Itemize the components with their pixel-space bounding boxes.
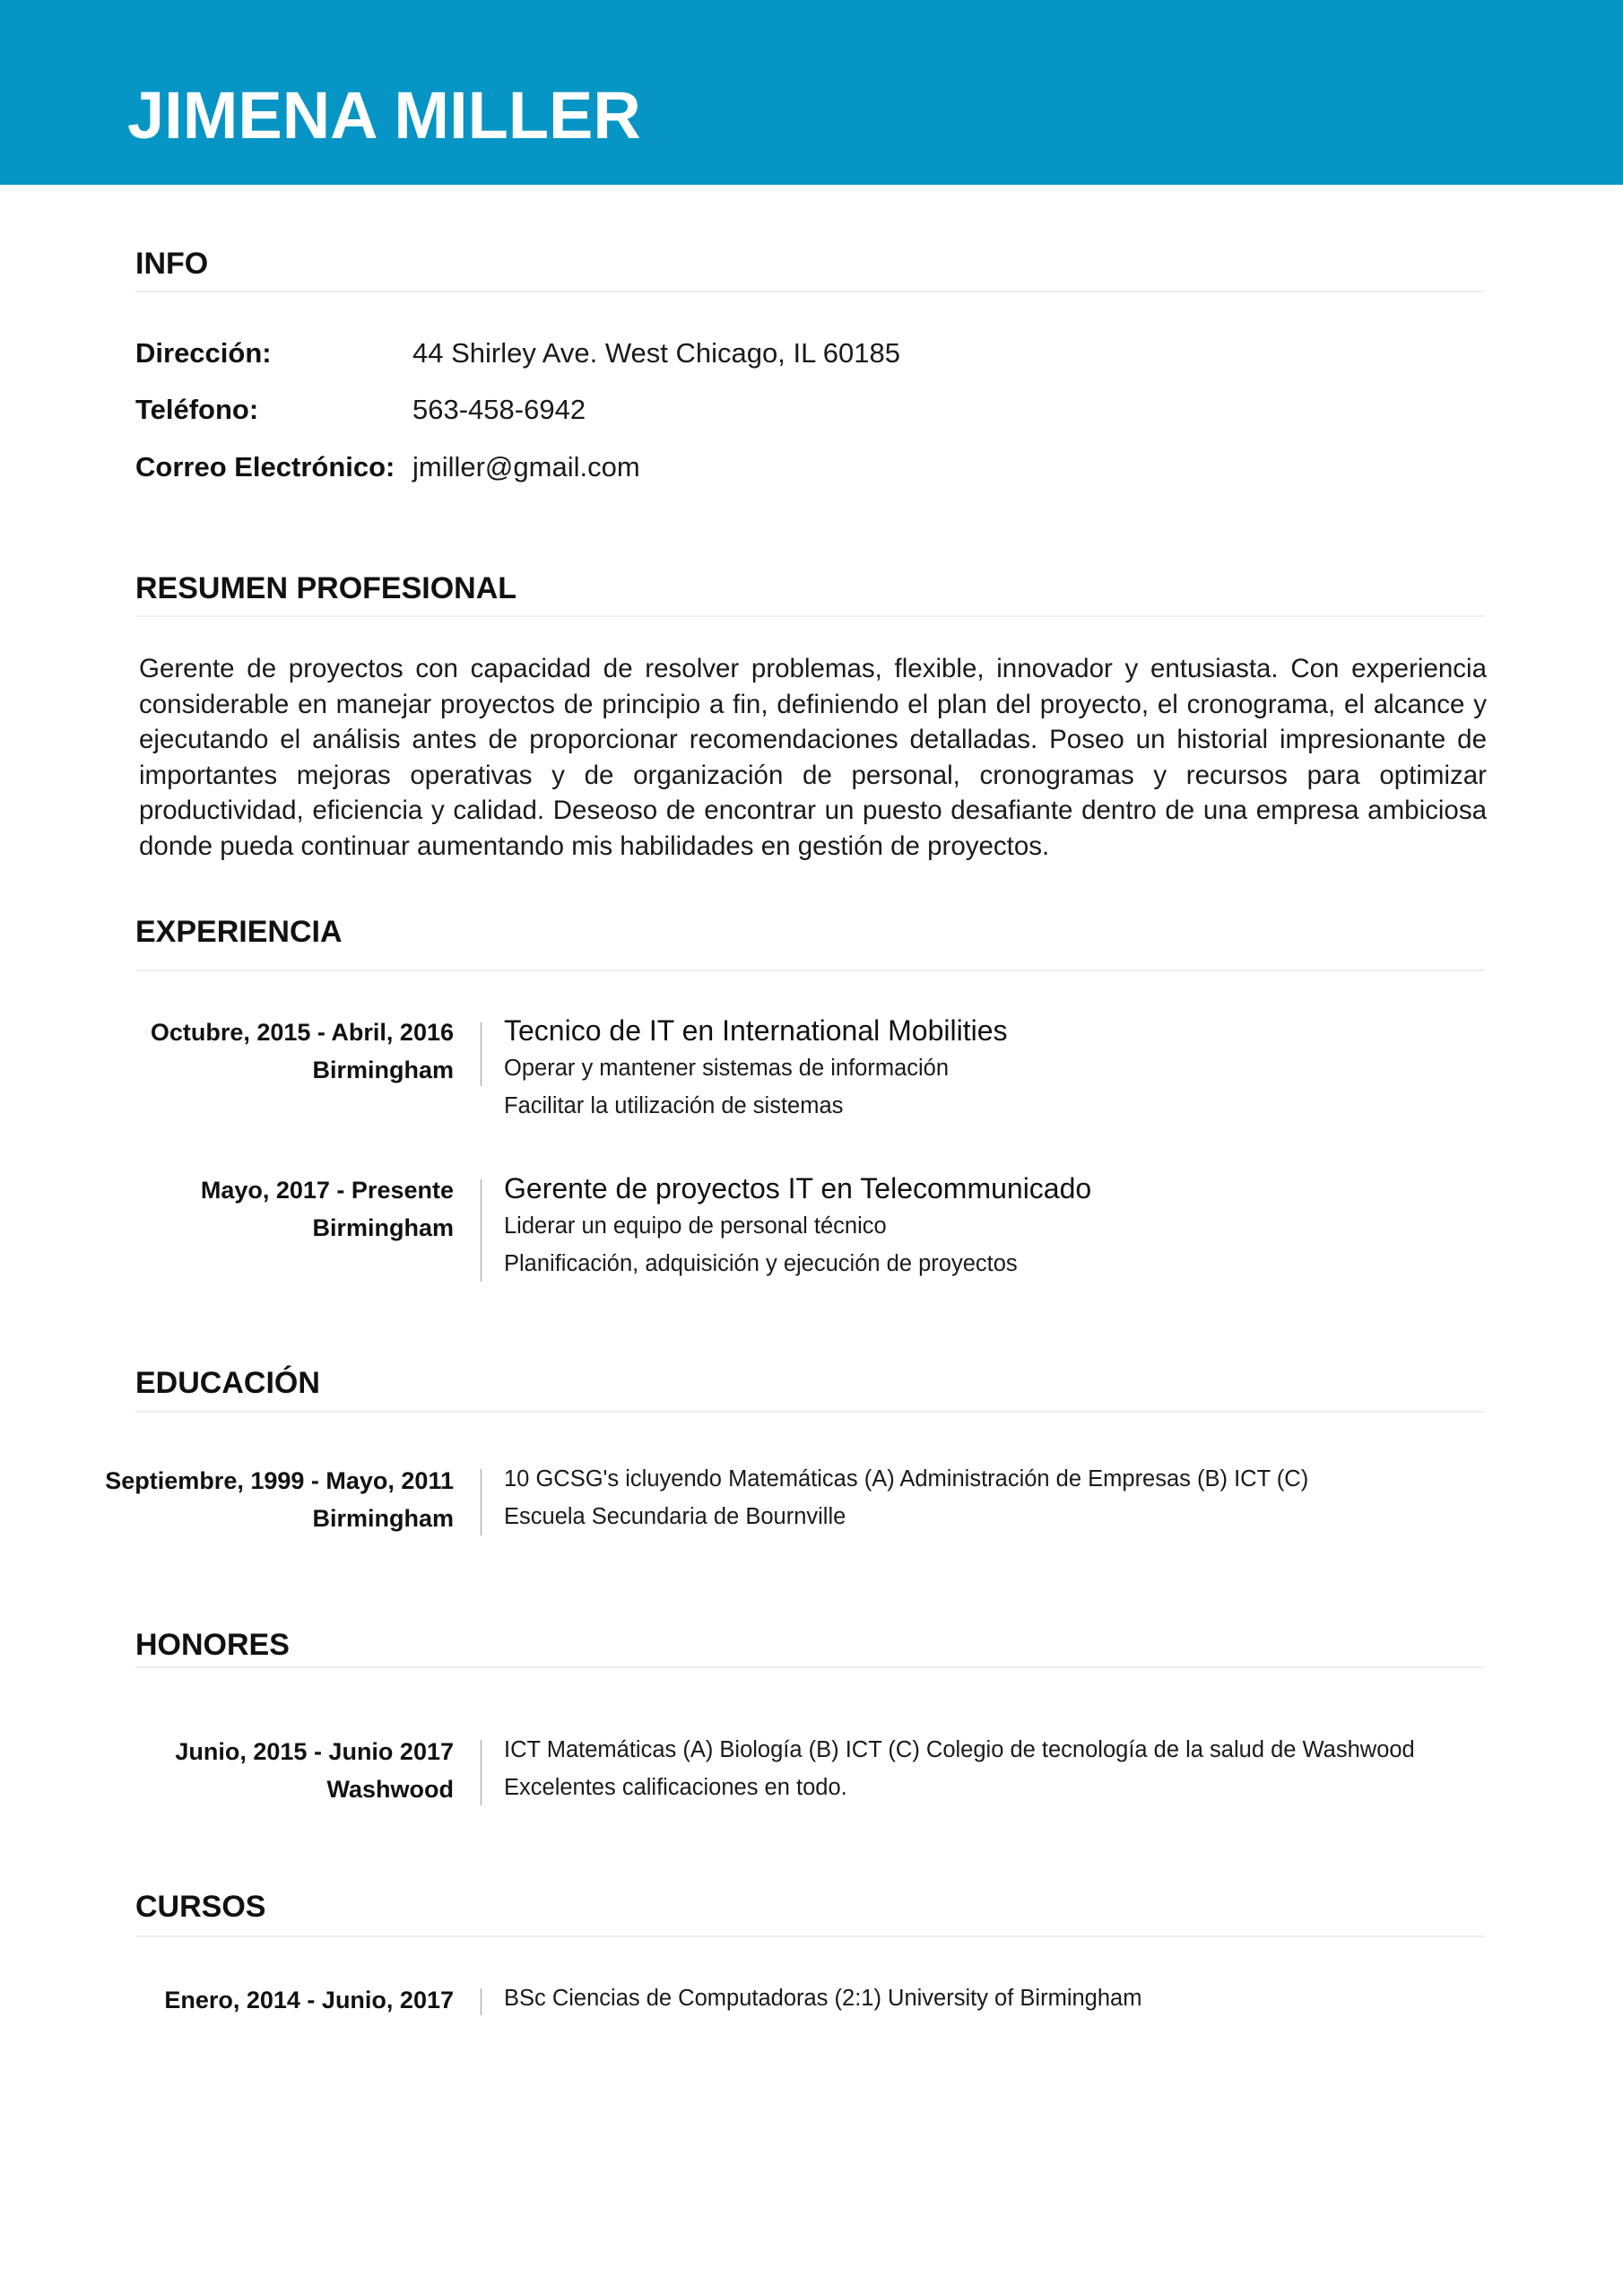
entry-detail: ICT Matemáticas (A) Biología (B) ICT (C)… <box>504 1731 1415 1769</box>
entry-separator <box>481 1740 482 1805</box>
education-entry-dates: Septiembre, 1999 - Mayo, 2011 Birmingham <box>54 1462 454 1537</box>
entry-location: Washwood <box>54 1770 454 1808</box>
entry-dates: Septiembre, 1999 - Mayo, 2011 <box>54 1462 454 1500</box>
section-divider <box>135 1411 1485 1413</box>
section-divider <box>135 1935 1485 1937</box>
entry-detail: 10 GCSG's icluyendo Matemáticas (A) Admi… <box>504 1460 1308 1498</box>
section-title-education: EDUCACIÓN <box>135 1365 320 1401</box>
entry-location: Birmingham <box>54 1051 454 1089</box>
entry-dates: Mayo, 2017 - Presente <box>54 1171 454 1209</box>
section-divider <box>135 291 1485 292</box>
section-divider <box>135 615 1485 617</box>
entry-location: Birmingham <box>54 1500 454 1537</box>
experience-entry-content: Gerente de proyectos IT en Telecommunica… <box>504 1170 1091 1283</box>
header-banner: JIMENA MILLER <box>0 0 1623 185</box>
candidate-name: JIMENA MILLER <box>127 77 641 154</box>
experience-entry-dates: Octubre, 2015 - Abril, 2016 Birmingham <box>54 1013 454 1089</box>
section-divider <box>135 970 1485 971</box>
entry-location: Birmingham <box>54 1209 454 1247</box>
section-title-experience: EXPERIENCIA <box>135 914 343 950</box>
experience-entry-dates: Mayo, 2017 - Presente Birmingham <box>54 1171 454 1247</box>
entry-separator <box>481 1179 482 1282</box>
courses-entry-content: BSc Ciencias de Computadoras (2:1) Unive… <box>504 1979 1141 2017</box>
courses-entry-dates: Enero, 2014 - Junio, 2017 <box>54 1981 454 2019</box>
section-title-info: INFO <box>135 246 208 282</box>
entry-detail: BSc Ciencias de Computadoras (2:1) Unive… <box>504 1979 1141 2017</box>
entry-separator <box>481 1469 482 1535</box>
section-title-courses: CURSOS <box>135 1889 265 1925</box>
info-value-email[interactable]: jmiller@gmail.com <box>412 449 640 485</box>
entry-title: Tecnico de IT en International Mobilitie… <box>504 1012 1008 1049</box>
entry-detail: Liderar un equipo de personal técnico <box>504 1207 1091 1245</box>
entry-dates: Enero, 2014 - Junio, 2017 <box>54 1981 454 2019</box>
entry-detail: Planificación, adquisición y ejecución d… <box>504 1245 1091 1283</box>
section-divider <box>135 1666 1485 1668</box>
entry-detail: Operar y mantener sistemas de informació… <box>504 1049 1008 1087</box>
experience-entry-content: Tecnico de IT en International Mobilitie… <box>504 1012 1008 1125</box>
honors-entry-dates: Junio, 2015 - Junio 2017 Washwood <box>54 1733 454 1808</box>
education-entry-content: 10 GCSG's icluyendo Matemáticas (A) Admi… <box>504 1460 1308 1535</box>
info-value-phone: 563-458-6942 <box>412 392 586 428</box>
section-title-summary: RESUMEN PROFESIONAL <box>135 570 516 606</box>
summary-paragraph: Gerente de proyectos con capacidad de re… <box>139 651 1487 865</box>
entry-detail: Excelentes calificaciones en todo. <box>504 1769 1415 1806</box>
entry-title: Gerente de proyectos IT en Telecommunica… <box>504 1170 1091 1207</box>
info-label-email: Correo Electrónico: <box>135 449 395 485</box>
entry-dates: Junio, 2015 - Junio 2017 <box>54 1733 454 1770</box>
info-label-phone: Teléfono: <box>135 392 258 428</box>
honors-entry-content: ICT Matemáticas (A) Biología (B) ICT (C)… <box>504 1731 1415 1806</box>
entry-separator <box>481 1022 482 1086</box>
entry-detail: Escuela Secundaria de Bournville <box>504 1498 1308 1535</box>
entry-separator <box>481 1988 482 2015</box>
info-label-address: Dirección: <box>135 335 272 371</box>
entry-detail: Facilitar la utilización de sistemas <box>504 1087 1008 1125</box>
section-title-honors: HONORES <box>135 1627 290 1663</box>
info-value-address: 44 Shirley Ave. West Chicago, IL 60185 <box>412 335 900 371</box>
entry-dates: Octubre, 2015 - Abril, 2016 <box>54 1013 454 1051</box>
